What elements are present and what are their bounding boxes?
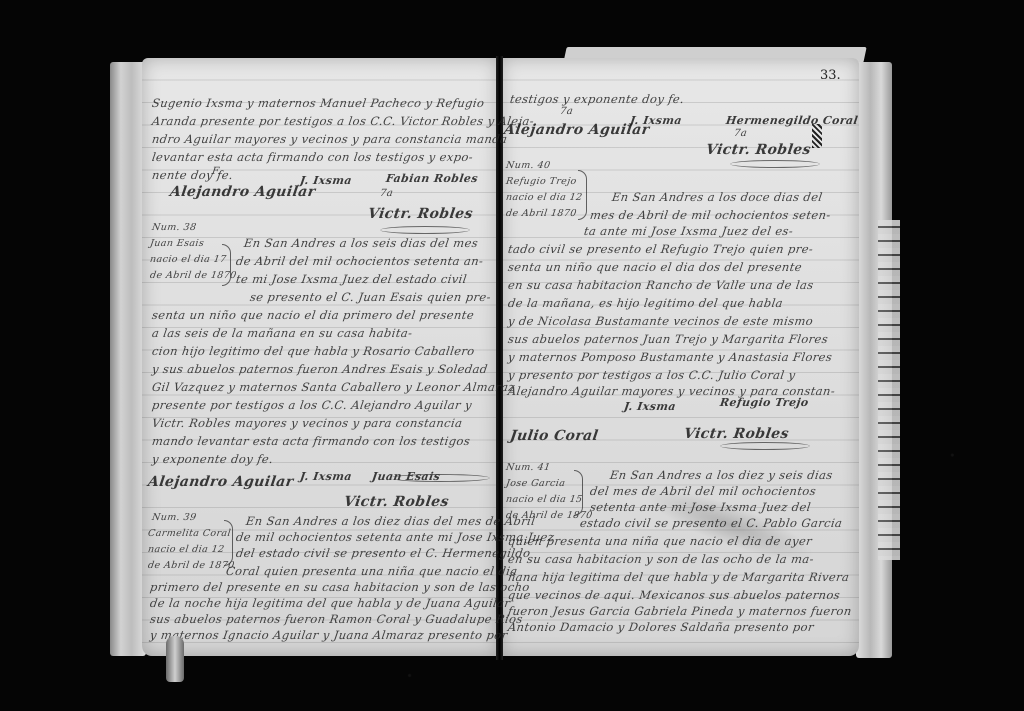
text-line: que vecinos de aqui. Mexicanos sus abuel…	[507, 588, 841, 602]
text-line: setenta ante mi Jose Ixsma Juez del	[589, 500, 812, 514]
text-line: en su casa habitacion Rancho de Valle un…	[507, 278, 815, 292]
signature-flourish	[380, 226, 470, 234]
text-line: y maternos Pomposo Bustamante y Anastasi…	[507, 350, 833, 364]
text-line: senta un niño que nacio el dia primero d…	[151, 308, 475, 322]
entry-number: Num. 41	[505, 462, 551, 473]
text-line: Coral quien presenta una niña que nacio …	[225, 564, 519, 578]
text-line: primero del presente en su casa habitaci…	[149, 580, 531, 594]
text-line: tado civil se presento el Refugio Trejo …	[507, 242, 814, 256]
entry-number: Num. 39	[151, 512, 197, 523]
text-line: ñana hija legitima del que habla y de Ma…	[507, 570, 850, 584]
text-line: y de Nicolasa Bustamante vecinos de este…	[507, 314, 814, 328]
margin-date: nacio el dia 12	[505, 192, 583, 203]
text-line: testigos y exponente doy fe.	[509, 92, 685, 106]
signature-mark: 7a	[379, 188, 394, 199]
signature: Julio Coral	[509, 428, 600, 444]
text-line: ndro Aguilar mayores y vecinos y para co…	[151, 132, 508, 146]
signature: Hermenegildo Coral	[725, 114, 859, 127]
signature-flourish	[730, 160, 820, 168]
index-tab-strip	[878, 220, 900, 560]
text-line: y presento por testigos a los C.C. Julio…	[507, 368, 796, 382]
text-line: y maternos Ignacio Aguilar y Juana Almar…	[149, 628, 509, 642]
text-line: Gil Vazquez y maternos Santa Caballero y…	[151, 380, 516, 394]
text-line: quien presenta una niña que nacio el dia…	[507, 534, 813, 548]
signature-mark: 7a	[559, 106, 574, 117]
entry-number: Num. 40	[505, 160, 551, 171]
text-line: Sugenio Ixsma y maternos Manuel Pacheco …	[151, 96, 485, 110]
margin-name: Jose Garcia	[505, 478, 566, 489]
signature: Victr. Robles	[367, 206, 474, 222]
signature: Refugio Trejo	[719, 396, 809, 409]
text-line: En San Andres a los seis dias del mes	[243, 236, 479, 250]
signature-mark: F.	[211, 166, 222, 177]
text-line: Aranda presente por testigos a los C.C. …	[151, 114, 535, 128]
signature: Alejandro Aguilar	[147, 474, 295, 490]
margin-name: Juan Esais	[149, 238, 205, 249]
margin-name: Refugio Trejo	[505, 176, 577, 187]
margin-brace	[224, 520, 233, 566]
text-line: del estado civil se presento el C. Herme…	[235, 546, 531, 560]
signature: Victr. Robles	[343, 494, 450, 510]
margin-name: Carmelita Coral	[147, 528, 231, 539]
text-line: senta un niño que nacio el dia dos del p…	[507, 260, 803, 274]
margin-date: nacio el dia 12	[147, 544, 225, 555]
text-line: estado civil se presento el C. Pablo Gar…	[579, 516, 843, 530]
margin-brace	[222, 244, 231, 286]
text-line: Victr. Robles mayores y vecinos y para c…	[151, 416, 463, 430]
page-number: 33.	[820, 68, 841, 83]
signature: J. Ixsma	[629, 114, 683, 127]
text-line: nente doy fe.	[151, 168, 234, 182]
left-page-stack	[110, 62, 146, 656]
margin-brace	[574, 470, 583, 516]
text-line: Antonio Damacio y Dolores Saldaña presen…	[507, 620, 815, 634]
signature-flourish	[720, 442, 810, 450]
signature: Alejandro Aguilar	[169, 184, 317, 200]
text-line: se presento el C. Juan Esais quien pre-	[249, 290, 492, 304]
signature: Victr. Robles	[705, 142, 812, 158]
text-line: y sus abuelos paternos fueron Andres Esa…	[151, 362, 489, 376]
signature-mark: 7a	[733, 128, 748, 139]
text-line: levantar esta acta firmando con los test…	[151, 150, 474, 164]
margin-date: de Abril de 1870	[147, 560, 235, 571]
text-line: mes de Abril de mil ochocientos seten-	[589, 208, 832, 222]
text-line: presente por testigos a los C.C. Alejand…	[151, 398, 473, 412]
margin-date: nacio el dia 17	[149, 254, 227, 265]
text-line: sus abuelos paternos Juan Trejo y Margar…	[507, 332, 829, 346]
signature: J. Ixsma	[299, 174, 353, 187]
text-line: y exponente doy fe.	[151, 452, 274, 466]
signature: Fabian Robles	[385, 172, 479, 185]
hand-mark-icon	[812, 124, 822, 148]
ribbon-bookmark	[166, 636, 184, 682]
text-line: En San Andres a los doce dias del	[611, 190, 824, 204]
text-line: En San Andres a los diez dias del mes de…	[245, 514, 536, 528]
text-line: sus abuelos paternos fueron Ramon Coral …	[149, 612, 524, 626]
text-line: de la mañana, es hijo legitimo del que h…	[507, 296, 784, 310]
signature: J. Ixsma	[299, 470, 353, 483]
signature: Victr. Robles	[683, 426, 790, 442]
margin-date: de Abril 1870	[505, 208, 577, 219]
signature-flourish	[390, 474, 490, 482]
margin-brace	[578, 170, 587, 220]
text-line: ta ante mi Jose Ixsma Juez del es-	[583, 224, 794, 238]
text-line: En San Andres a los diez y seis dias	[609, 468, 834, 482]
text-line: fueron Jesus Garcia Gabriela Pineda y ma…	[507, 604, 853, 618]
entry-number: Num. 38	[151, 222, 197, 233]
margin-date: nacio el dia 15	[505, 494, 583, 505]
text-line: mando levantar esta acta firmando con lo…	[151, 434, 471, 448]
text-line: a las seis de la mañana en su casa habit…	[151, 326, 413, 340]
text-line: de la noche hija legitima del que habla …	[149, 596, 511, 610]
signature: J. Ixsma	[623, 400, 677, 413]
text-line: te mi Jose Ixsma Juez del estado civil	[235, 272, 468, 286]
text-line: de Abril del mil ochocientos setenta an-	[235, 254, 484, 268]
text-line: del mes de Abril del mil ochocientos	[589, 484, 817, 498]
text-line: en su casa habitacion y son de las ocho …	[507, 552, 815, 566]
text-line: cion hijo legitimo del que habla y Rosar…	[151, 344, 476, 358]
